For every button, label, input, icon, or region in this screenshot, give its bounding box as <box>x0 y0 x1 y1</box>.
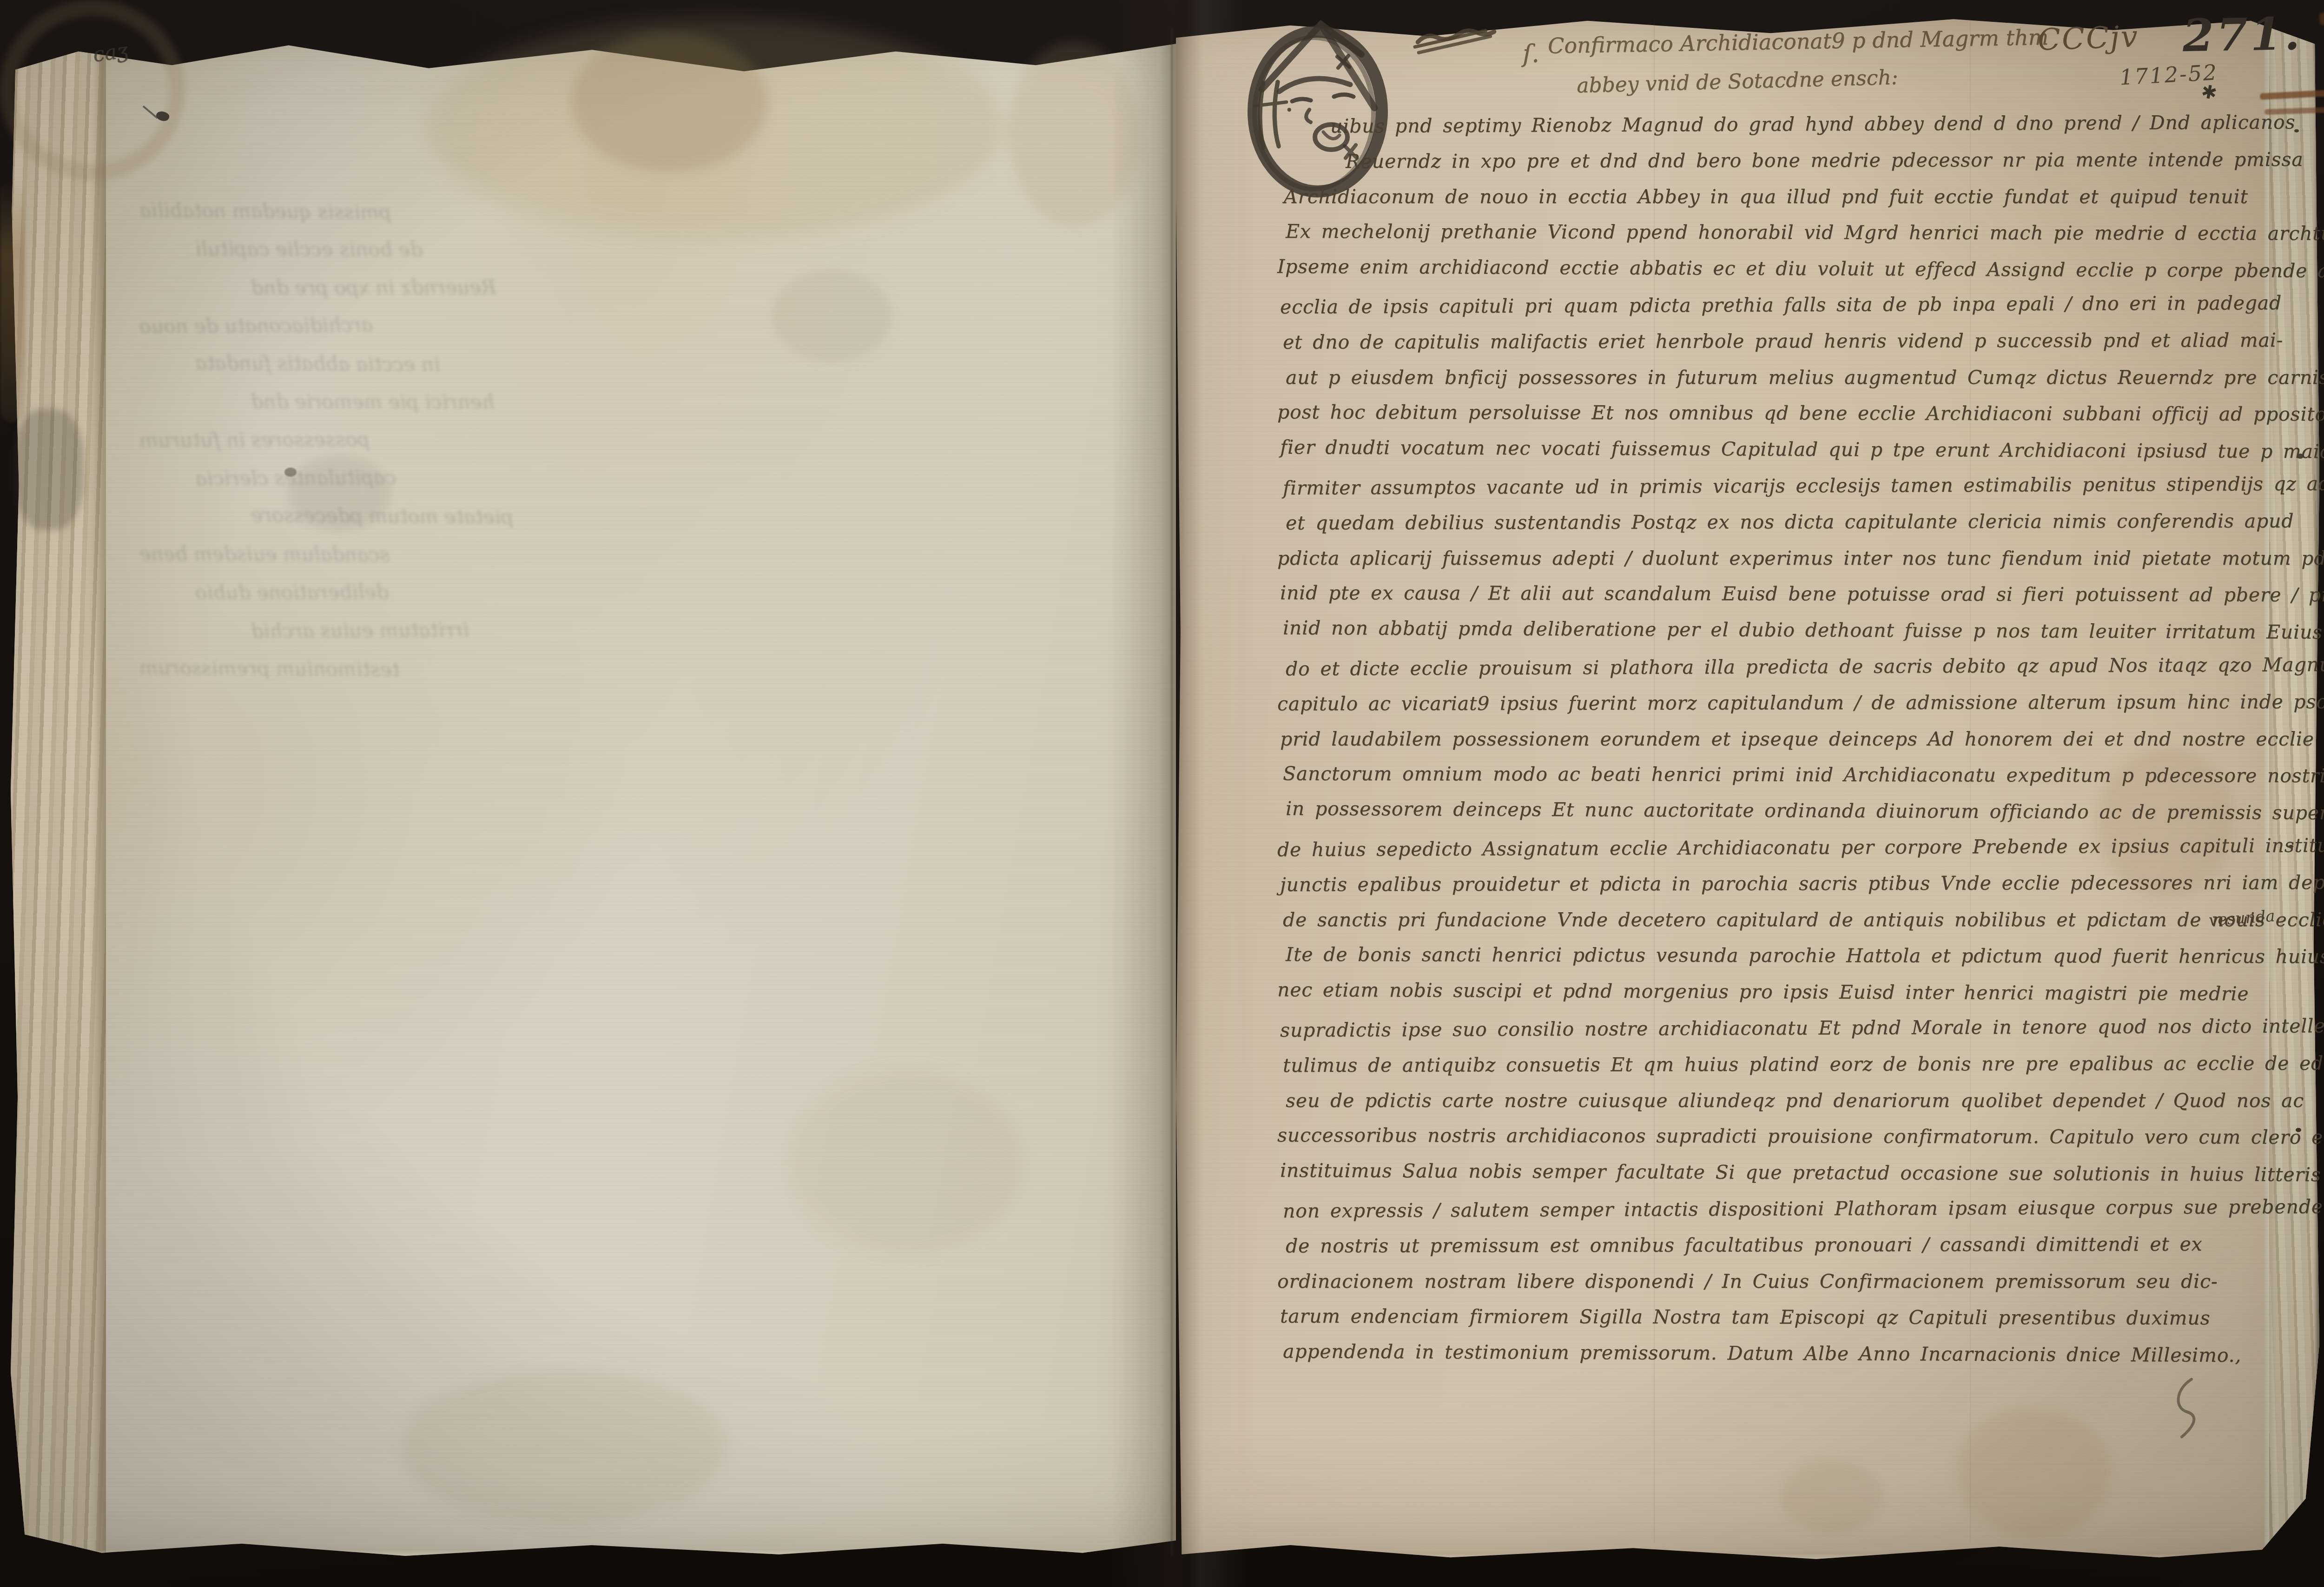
ghost-text-line: henrici pie memorie dnd <box>251 390 495 413</box>
left-page <box>8 27 1176 1556</box>
ghost-text-line: in ecctia abbatis fundata <box>195 351 440 376</box>
paragraph-mark: ſ. <box>1523 40 1539 68</box>
ghost-text-line: pietate motum pdecessore <box>251 504 514 528</box>
rust-stroke <box>2318 9 2324 26</box>
body-text-line: et quedam debilius sustentandis Postqz e… <box>1286 510 2294 534</box>
ghost-text-line: capitulantes clericia <box>195 466 396 490</box>
body-text-line: et dno de capitulis malifactis eriet hen… <box>1283 329 2283 354</box>
body-text-line: prid laudabilem possessionem eorundem et… <box>1280 728 2324 750</box>
body-text-line: post hoc debitum persoluisse Et nos omni… <box>1277 401 2324 425</box>
body-text-line: ecclia de ipsis capituli pri quam pdicta… <box>1280 291 2282 318</box>
gutter-crease <box>1171 28 1173 1557</box>
folio-roman-numeral: CCCjv <box>2037 20 2139 58</box>
body-text-line: capitulo ac vicariat9 ipsius fuerint mor… <box>1277 690 2324 715</box>
drip-stain <box>0 180 25 422</box>
body-text-line: junctis epalibus prouidetur et pdicta in… <box>1280 871 2324 896</box>
body-text-line: pdicta aplicarij fuissemus adepti / duol… <box>1277 547 2324 569</box>
body-text-line: fier dnudti vocatum nec vocati fuissemus… <box>1280 436 2324 463</box>
ghost-text-line: possessores in futurum <box>139 428 370 451</box>
body-text-line: uibus pnd septimy Rienobz Magnud do grad… <box>1330 111 2295 138</box>
paper-texture <box>8 27 1176 1556</box>
body-text-line: non expressis / salutem semper intactis … <box>1283 1195 2323 1222</box>
body-text-line: do et dicte ecclie prouisum si plathora … <box>1286 653 2324 680</box>
ghost-text-line: scandalum euisdem bene <box>139 542 390 566</box>
body-text-line: instituimus Salua nobis semper facultate… <box>1280 1159 2321 1185</box>
body-text-line: successoribus nostris archidiaconos supr… <box>1277 1124 2324 1148</box>
body-text-line: tarum endenciam firmiorem Sigilla Nostra… <box>1280 1305 2210 1329</box>
body-text-line: Sanctorum omnium modo ac beati henrici p… <box>1283 763 2324 787</box>
body-text-line: seu de pdictis carte nostre cuiusque ali… <box>1286 1089 2304 1112</box>
body-text-line: aut p eiusdem bnficij possessores in fut… <box>1286 366 2324 389</box>
ghost-text-line: testimonium premissorum <box>139 656 400 681</box>
ring-stain <box>0 0 185 180</box>
body-text-line: nec etiam nobis suscipi et pdnd morgeniu… <box>1277 979 2249 1005</box>
body-text-line: tulimus de antiquibz consuetis Et qm hui… <box>1283 1052 2324 1077</box>
body-text-line: Archidiaconum de nouo in ecctia Abbey in… <box>1284 185 2248 208</box>
body-text-line: appendenda in testimonium premissorum. D… <box>1283 1340 2241 1367</box>
ghost-text-line: deliberatione dubio <box>195 580 389 604</box>
corner-mark: caʒ <box>92 39 130 67</box>
body-text-line: supradictis ipse suo consilio nostre arc… <box>1280 1014 2324 1041</box>
pen-loop-mark <box>2166 1376 2217 1441</box>
ghost-text-line: de bonis ecclie capituli <box>195 237 423 261</box>
page-number: 271. <box>2182 7 2303 62</box>
body-text-line: Ipseme enim archidiacond ecctie abbatis … <box>1277 255 2324 282</box>
margin-mark-icon <box>1248 78 1293 150</box>
body-text-line: de huius sepedicto Assignatum ecclie Arc… <box>1277 834 2324 861</box>
ghost-text-line: Reuerndz in xpo pre dnd <box>251 276 496 299</box>
body-text-line: de nostris ut premissum est omnibus facu… <box>1286 1233 2203 1257</box>
body-text-line: Ite de bonis sancti henrici pdictus vesu… <box>1286 943 2324 968</box>
body-text-line: inid pte ex causa / Et alii aut scandalu… <box>1280 581 2324 606</box>
body-text-line: Reuerndz in xpo pre et dnd dnd bero bone… <box>1346 148 2304 172</box>
ghost-text-line: pmissis quedam notabilia <box>139 199 391 224</box>
ghost-text-line: archidiaconatu de nouo <box>139 313 373 338</box>
ghost-text-line: irritatum euius archid <box>251 618 469 643</box>
body-text-line: Ex mechelonij prethanie Vicond ppend hon… <box>1286 220 2324 245</box>
body-text-line: ordinacionem nostram libere disponendi /… <box>1277 1270 2218 1292</box>
body-text-line: firmiter assumptos vacante ud in primis … <box>1283 472 2324 499</box>
body-text-line: de sanctis pri fundacione Vnde decetero … <box>1283 909 2324 931</box>
cancelled-mark-icon <box>1413 21 1499 56</box>
manuscript-spread-photo: caʒ pmissis quedam notabiliade bonis ecc… <box>0 0 2324 1587</box>
